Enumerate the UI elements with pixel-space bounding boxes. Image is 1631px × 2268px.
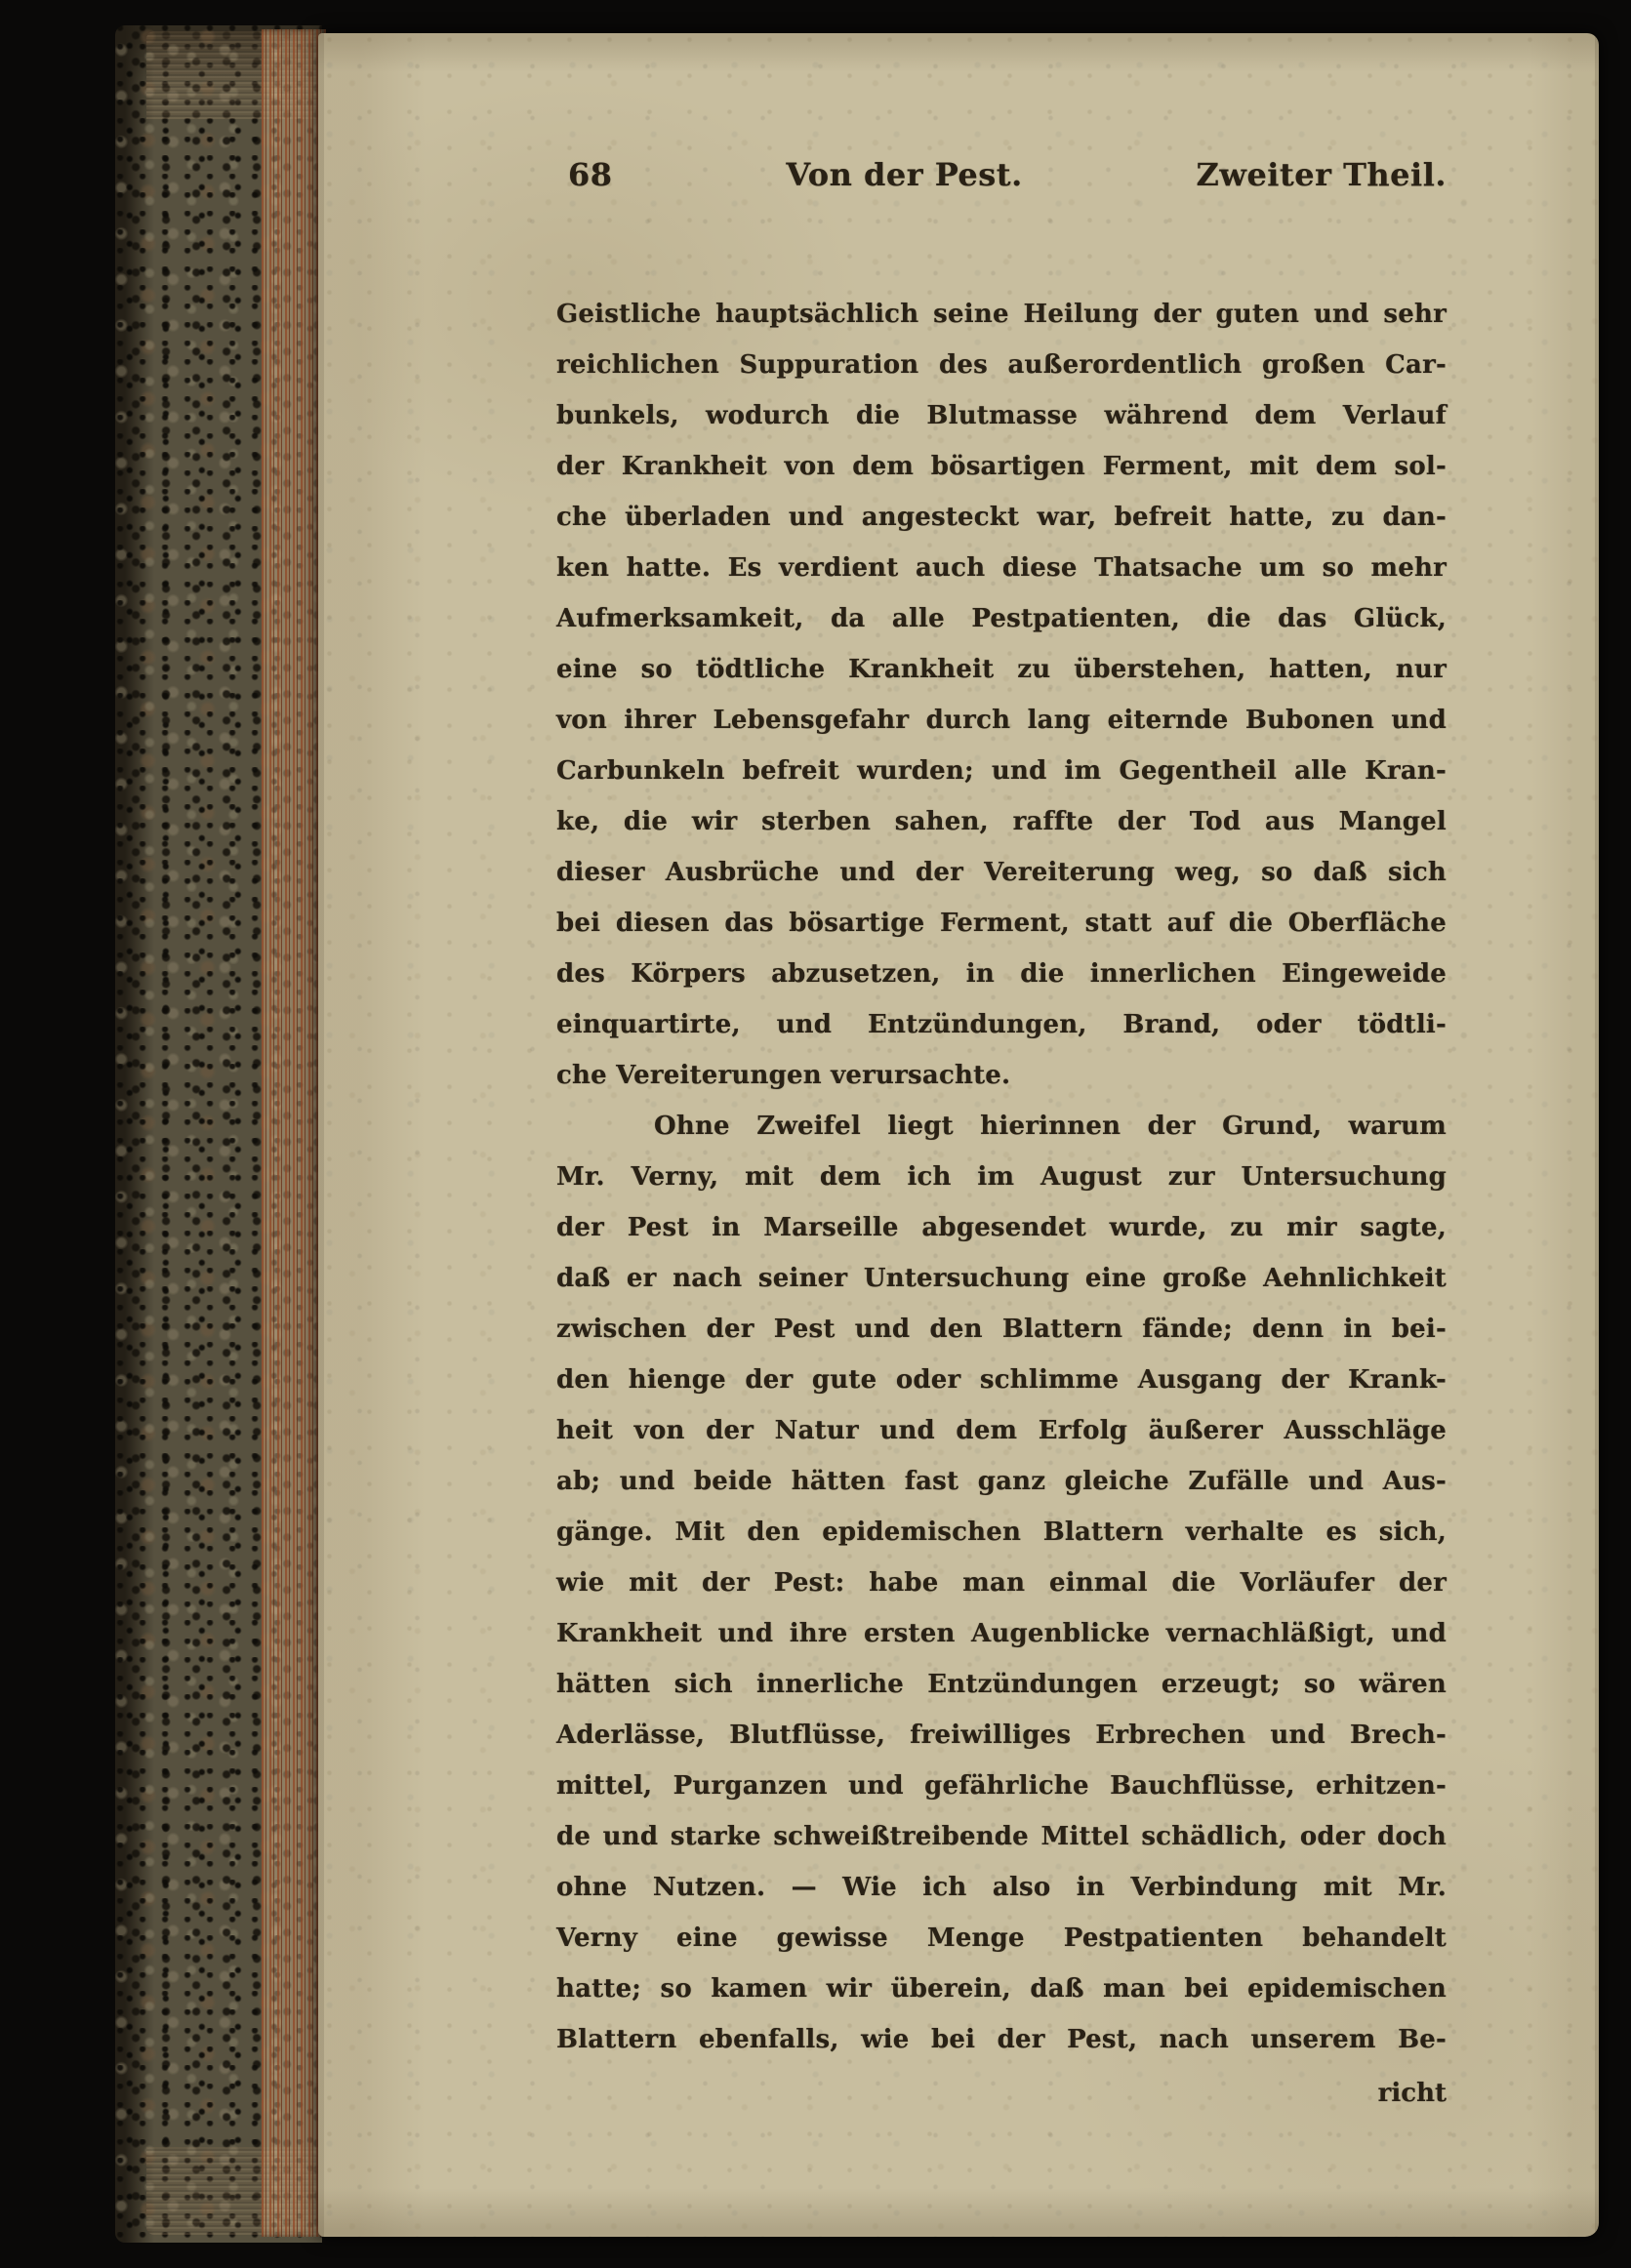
page-header: 68 Von der Pest. Zweiter Theil. <box>556 156 1447 193</box>
text-line: hätten sich innerliche Entzündungen erze… <box>556 1659 1447 1710</box>
text-line: ke, die wir sterben sahen, raffte der To… <box>556 796 1447 847</box>
text-line: Aufmerksamkeit, da alle Pestpatienten, d… <box>556 593 1447 644</box>
text-line: Ohne Zweifel liegt hierinnen der Grund, … <box>556 1101 1447 1152</box>
text-line: gänge. Mit den epidemischen Blattern ver… <box>556 1507 1447 1558</box>
page-number: 68 <box>556 156 613 193</box>
text-line: einquartirte, und Entzündungen, Brand, o… <box>556 999 1447 1050</box>
text-block: 68 Von der Pest. Zweiter Theil. Geistlic… <box>556 33 1447 2237</box>
text-line: bei diesen das bösartige Ferment, statt … <box>556 898 1447 949</box>
text-line: daß er nach seiner Untersuchung eine gro… <box>556 1253 1447 1304</box>
text-line: reichlichen Suppuration des außerordentl… <box>556 340 1447 390</box>
text-line: Blattern ebenfalls, wie bei der Pest, na… <box>556 2014 1447 2065</box>
text-line: ohne Nutzen. — Wie ich also in Verbindun… <box>556 1862 1447 1913</box>
text-line: che überladen und angesteckt war, befrei… <box>556 492 1447 543</box>
book-page-scan: 68 Von der Pest. Zweiter Theil. Geistlic… <box>0 0 1631 2268</box>
text-line: bunkels, wodurch die Blutmasse während d… <box>556 390 1447 441</box>
section-title: Zweiter Theil. <box>1197 156 1447 193</box>
text-line: de und starke schweißtreibende Mittel sc… <box>556 1811 1447 1862</box>
text-line: den hienge der gute oder schlimme Ausgan… <box>556 1355 1447 1405</box>
text-line: des Körpers abzusetzen, in die innerlich… <box>556 949 1447 999</box>
body-text: Geistliche hauptsächlich seine Heilung d… <box>556 289 1447 2065</box>
text-line: zwischen der Pest und den Blattern fände… <box>556 1304 1447 1355</box>
text-line: der Krankheit von dem bösartigen Ferment… <box>556 441 1447 492</box>
catchword: richt <box>556 2079 1447 2108</box>
text-line: ab; und beide hätten fast ganz gleiche Z… <box>556 1456 1447 1507</box>
text-line: hatte; so kamen wir überein, daß man bei… <box>556 1964 1447 2014</box>
text-line: von ihrer Lebensgefahr durch lang eitern… <box>556 695 1447 746</box>
text-line: che Vereiterungen verursachte. <box>556 1050 1447 1101</box>
text-line: mittel, Purganzen und gefährliche Bauchf… <box>556 1761 1447 1811</box>
text-line: Verny eine gewisse Menge Pestpatienten b… <box>556 1913 1447 1964</box>
text-line: eine so tödtliche Krankheit zu überstehe… <box>556 644 1447 695</box>
text-line: Krankheit und ihre ersten Augenblicke ve… <box>556 1608 1447 1659</box>
text-line: Mr. Verny, mit dem ich im August zur Unt… <box>556 1152 1447 1202</box>
paper-page: 68 Von der Pest. Zweiter Theil. Geistlic… <box>318 33 1599 2237</box>
text-line: Aderlässe, Blutflüsse, freiwilliges Erbr… <box>556 1710 1447 1761</box>
text-line: der Pest in Marseille abgesendet wurde, … <box>556 1202 1447 1253</box>
text-line: wie mit der Pest: habe man einmal die Vo… <box>556 1558 1447 1608</box>
text-line: Carbunkeln befreit wurden; und im Gegent… <box>556 746 1447 796</box>
fore-edge-stripes <box>262 29 326 2237</box>
running-title: Von der Pest. <box>786 156 1022 193</box>
text-line: heit von der Natur und dem Erfolg äußere… <box>556 1405 1447 1456</box>
text-line: ken hatte. Es verdient auch diese Thatsa… <box>556 543 1447 593</box>
text-line: dieser Ausbrüche und der Vereiterung weg… <box>556 847 1447 898</box>
text-line: Geistliche hauptsächlich seine Heilung d… <box>556 289 1447 340</box>
